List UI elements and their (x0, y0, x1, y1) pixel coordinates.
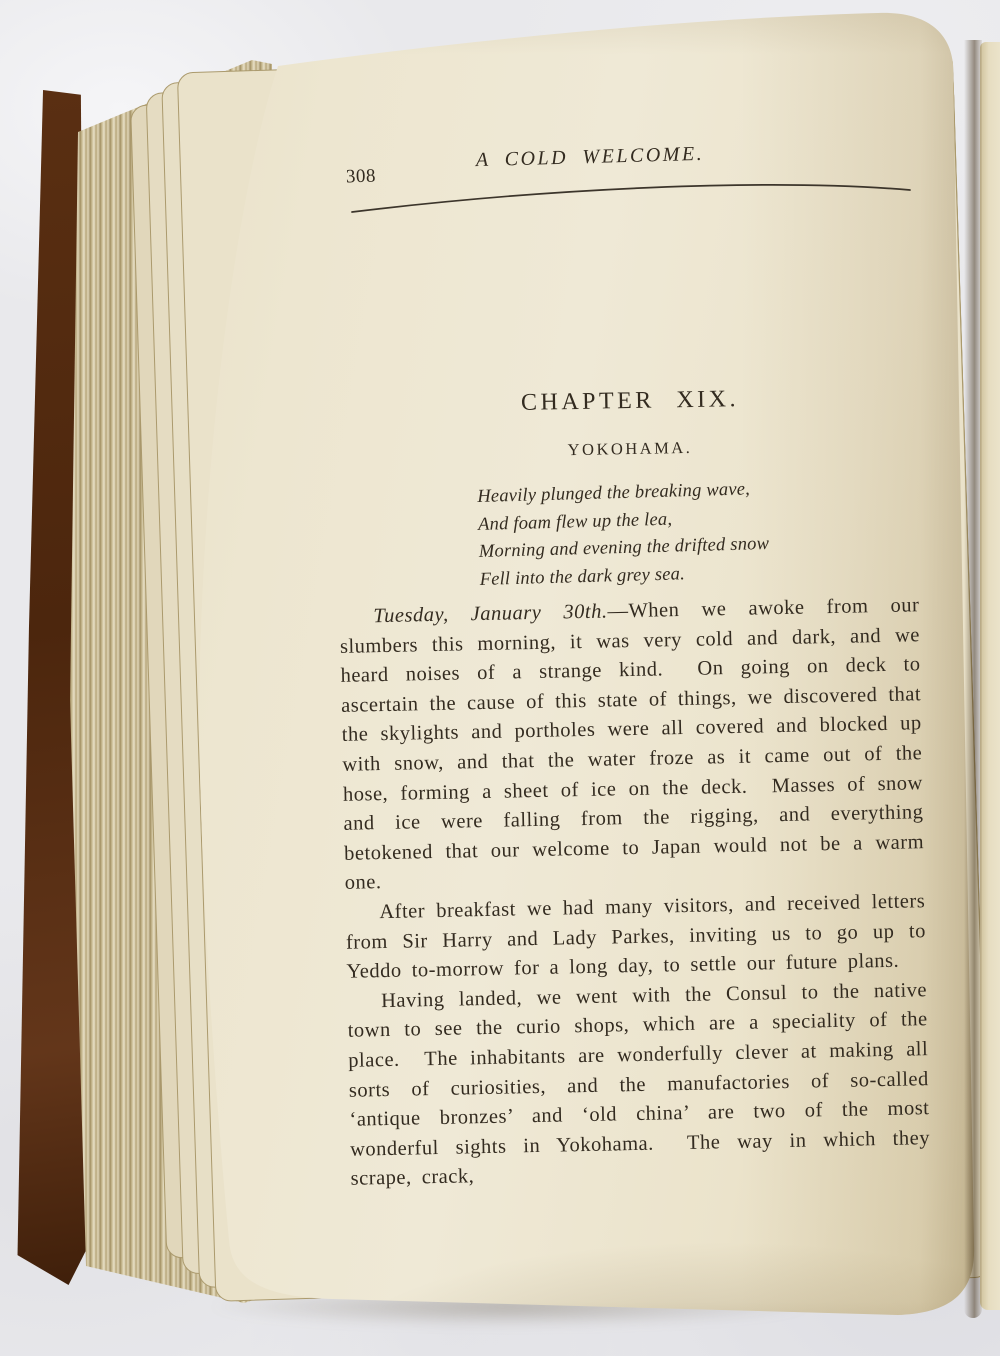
gutter-crease (964, 40, 982, 1318)
next-page-sliver (980, 42, 1000, 1310)
body-text: Tuesday, January 30th.—When we awoke fro… (339, 591, 931, 1194)
chapter-subtitle: YOKOHAMA. (330, 434, 930, 464)
header-rule (340, 168, 930, 228)
paragraph: Having landed, we went with the Consul t… (347, 976, 931, 1195)
diary-text: —When we awoke from our slumbers this mo… (340, 594, 935, 894)
paragraph-diary-entry: Tuesday, January 30th.—When we awoke fro… (339, 591, 925, 899)
paragraph: After breakfast we had many visitors, an… (345, 887, 927, 987)
photo-background: { "book_page": { "running_header": { "pa… (0, 0, 1000, 1356)
chapter-heading: CHAPTER XIX. (330, 383, 930, 420)
epigraph-verse: Heavily plunged the breaking wave, And f… (477, 474, 840, 594)
diary-date: Tuesday, January 30th. (373, 600, 608, 627)
